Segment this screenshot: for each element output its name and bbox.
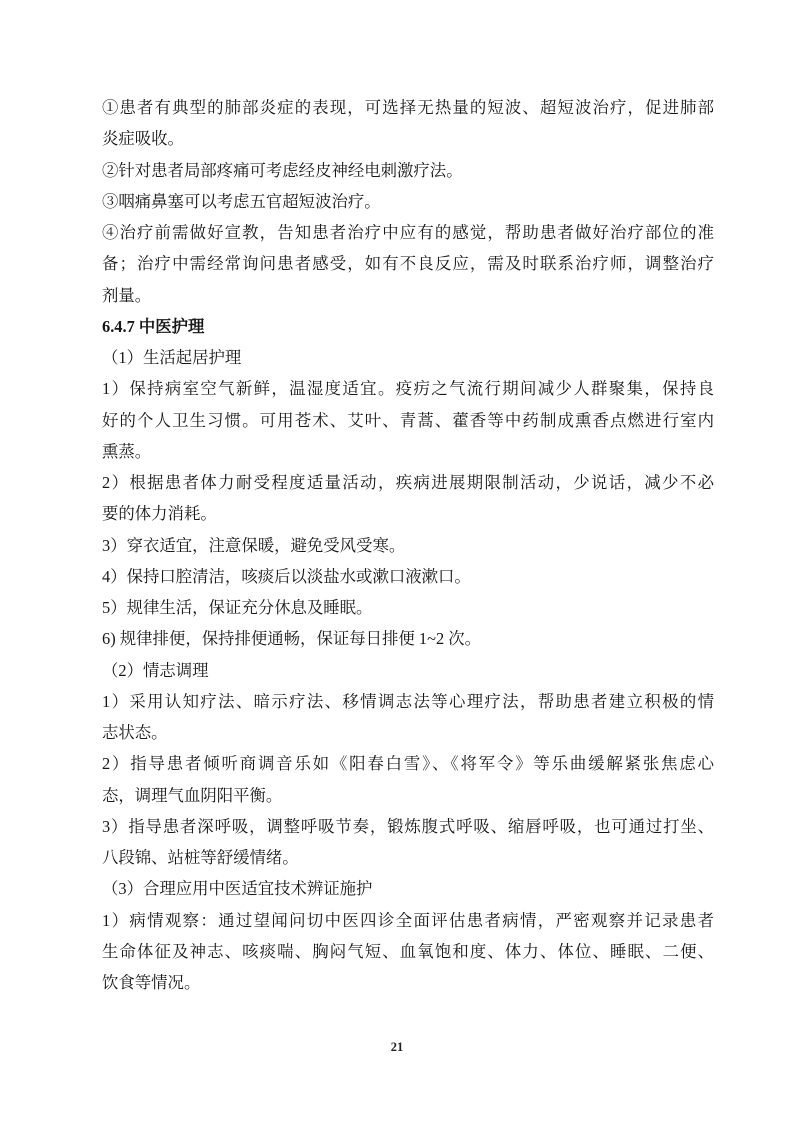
text-line: 备；治疗中需经常询问患者感受，如有不良反应，需及时联系治疗师，调整治疗 (102, 248, 714, 279)
text-line: 炎症吸收。 (102, 123, 714, 154)
text-line: 饮食等情况。 (102, 967, 714, 998)
document-page: ①患者有典型的肺部炎症的表现，可选择无热量的短波、超短波治疗，促进肺部炎症吸收。… (0, 0, 794, 1123)
page-number: 21 (0, 1038, 794, 1056)
document-body: ①患者有典型的肺部炎症的表现，可选择无热量的短波、超短波治疗，促进肺部炎症吸收。… (102, 92, 714, 998)
text-line: 2）指导患者倾听商调音乐如《阳春白雪》、《将军令》等乐曲缓解紧张焦虑心 (102, 748, 714, 779)
text-line: ④治疗前需做好宣教，告知患者治疗中应有的感觉，帮助患者做好治疗部位的准 (102, 217, 714, 248)
text-line: （3）合理应用中医适宜技术辨证施护 (102, 873, 714, 904)
text-line: 态，调理气血阴阳平衡。 (102, 780, 714, 811)
text-line: ②针对患者局部疼痛可考虑经皮神经电刺激疗法。 (102, 155, 714, 186)
text-line: 1）采用认知疗法、暗示疗法、移情调志法等心理疗法，帮助患者建立积极的情 (102, 686, 714, 717)
text-line: （1）生活起居护理 (102, 342, 714, 373)
text-line: 好的个人卫生习惯。可用苍术、艾叶、青蒿、藿香等中药制成熏香点燃进行室内 (102, 405, 714, 436)
text-line: 剂量。 (102, 280, 714, 311)
text-line: 生命体征及神志、咳痰喘、胸闷气短、血氧饱和度、体力、体位、睡眠、二便、 (102, 936, 714, 967)
text-line: ①患者有典型的肺部炎症的表现，可选择无热量的短波、超短波治疗，促进肺部 (102, 92, 714, 123)
text-line: 志状态。 (102, 717, 714, 748)
text-line: 2）根据患者体力耐受程度适量活动，疾病进展期限制活动，少说话，减少不必 (102, 467, 714, 498)
text-line: ③咽痛鼻塞可以考虑五官超短波治疗。 (102, 186, 714, 217)
section-heading: 6.4.7 中医护理 (102, 311, 714, 342)
text-line: 熏蒸。 (102, 436, 714, 467)
text-line: 八段锦、站桩等舒缓情绪。 (102, 842, 714, 873)
text-line: 要的体力消耗。 (102, 498, 714, 529)
text-line: 5）规律生活，保证充分休息及睡眠。 (102, 592, 714, 623)
text-line: 1）保持病室空气新鲜，温湿度适宜。疫疠之气流行期间减少人群聚集，保持良 (102, 373, 714, 404)
text-line: 3）穿衣适宜，注意保暖，避免受风受寒。 (102, 530, 714, 561)
text-line: 3）指导患者深呼吸，调整呼吸节奏，锻炼腹式呼吸、缩唇呼吸，也可通过打坐、 (102, 811, 714, 842)
text-line: 1）病情观察：通过望闻问切中医四诊全面评估患者病情，严密观察并记录患者 (102, 905, 714, 936)
text-line: （2）情志调理 (102, 655, 714, 686)
text-line: 6) 规律排便，保持排便通畅，保证每日排便 1~2 次。 (102, 623, 714, 654)
text-line: 4）保持口腔清洁，咳痰后以淡盐水或漱口液漱口。 (102, 561, 714, 592)
